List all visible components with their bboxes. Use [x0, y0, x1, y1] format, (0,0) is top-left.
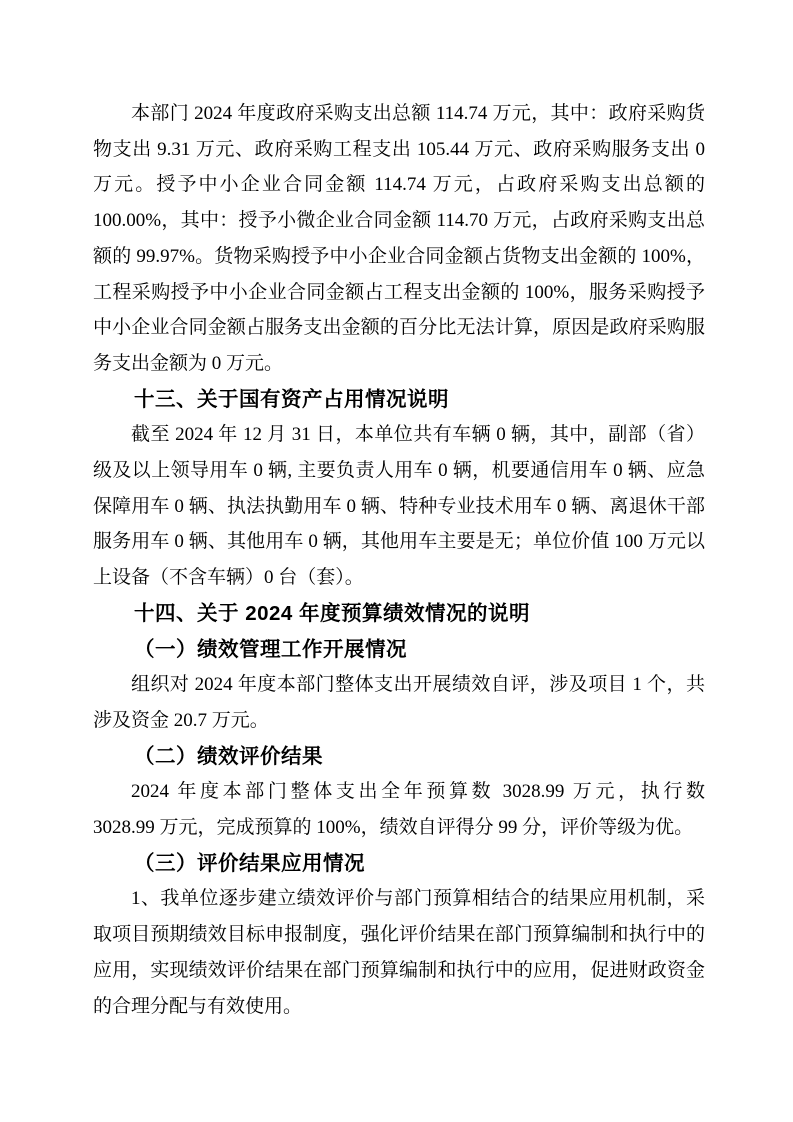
text-line: 1、我单位逐步建立绩效评价与部门预算相结合的结果应用机制，采 — [93, 881, 705, 917]
subheading-1-performance-management: （一）绩效管理工作开展情况 — [93, 632, 705, 668]
text-line: 物支出 9.31 万元、政府采购工程支出 105.44 万元、政府采购服务支出 … — [93, 132, 705, 168]
text-line: 万元。授予中小企业合同金额 114.74 万元，占政府采购支出总额的 — [93, 167, 705, 203]
para-evaluation-result-application: 1、我单位逐步建立绩效评价与部门预算相结合的结果应用机制，采取项目预期绩效目标申… — [93, 881, 705, 1024]
document-page: 本部门 2024 年度政府采购支出总额 114.74 万元，其中：政府采购货物支… — [0, 0, 793, 1122]
text-line: 2024 年度本部门整体支出全年预算数 3028.99 万元，执行数 — [93, 774, 705, 810]
text-line: 额的 99.97%。货物采购授予中小企业合同金额占货物支出金额的 100%， — [93, 239, 705, 275]
text-line: 务支出金额为 0 万元。 — [93, 346, 705, 382]
text-line: 的合理分配与有效使用。 — [93, 989, 705, 1025]
heading-14-budget-performance: 十四、关于 2024 年度预算绩效情况的说明 — [93, 596, 705, 632]
heading-line: （三）评价结果应用情况 — [93, 846, 705, 882]
subheading-2-performance-evaluation-result: （二）绩效评价结果 — [93, 739, 705, 775]
para-state-owned-assets: 截至 2024 年 12 月 31 日，本单位共有车辆 0 辆，其中，副部（省）… — [93, 417, 705, 596]
para-performance-management: 组织对 2024 年度本部门整体支出开展绩效自评，涉及项目 1 个，共涉及资金 … — [93, 667, 705, 738]
text-line: 应用，实现绩效评价结果在部门预算编制和执行中的应用，促进财政资金 — [93, 953, 705, 989]
text-line: 中小企业合同金额占服务支出金额的百分比无法计算，原因是政府采购服 — [93, 310, 705, 346]
text-line: 截至 2024 年 12 月 31 日，本单位共有车辆 0 辆，其中，副部（省） — [93, 417, 705, 453]
text-line: 级及以上领导用车 0 辆, 主要负责人用车 0 辆，机要通信用车 0 辆、应急 — [93, 453, 705, 489]
heading-line: 十三、关于国有资产占用情况说明 — [93, 382, 705, 418]
text-line: 3028.99 万元，完成预算的 100%，绩效自评得分 99 分，评价等级为优… — [93, 810, 705, 846]
text-line: 工程采购授予中小企业合同金额占工程支出金额的 100%，服务采购授予 — [93, 275, 705, 311]
text-line: 保障用车 0 辆、执法执勤用车 0 辆、特种专业技术用车 0 辆、离退休干部 — [93, 489, 705, 525]
text-line: 涉及资金 20.7 万元。 — [93, 703, 705, 739]
text-line: 服务用车 0 辆、其他用车 0 辆，其他用车主要是无；单位价值 100 万元以 — [93, 524, 705, 560]
subheading-3-evaluation-result-application: （三）评价结果应用情况 — [93, 846, 705, 882]
text-line: 100.00%，其中：授予小微企业合同金额 114.70 万元，占政府采购支出总 — [93, 203, 705, 239]
text-line: 上设备（不含车辆）0 台（套）。 — [93, 560, 705, 596]
text-line: 取项目预期绩效目标申报制度，强化评价结果在部门预算编制和执行中的 — [93, 917, 705, 953]
para-government-procurement-summary: 本部门 2024 年度政府采购支出总额 114.74 万元，其中：政府采购货物支… — [93, 96, 705, 382]
text-line: 本部门 2024 年度政府采购支出总额 114.74 万元，其中：政府采购货 — [93, 96, 705, 132]
text-line: 组织对 2024 年度本部门整体支出开展绩效自评，涉及项目 1 个，共 — [93, 667, 705, 703]
heading-line: （一）绩效管理工作开展情况 — [93, 632, 705, 668]
document-body: 本部门 2024 年度政府采购支出总额 114.74 万元，其中：政府采购货物支… — [93, 96, 705, 1024]
para-performance-evaluation-result: 2024 年度本部门整体支出全年预算数 3028.99 万元，执行数3028.9… — [93, 774, 705, 845]
heading-13-state-owned-assets: 十三、关于国有资产占用情况说明 — [93, 382, 705, 418]
heading-line: 十四、关于 2024 年度预算绩效情况的说明 — [93, 596, 705, 632]
heading-line: （二）绩效评价结果 — [93, 739, 705, 775]
